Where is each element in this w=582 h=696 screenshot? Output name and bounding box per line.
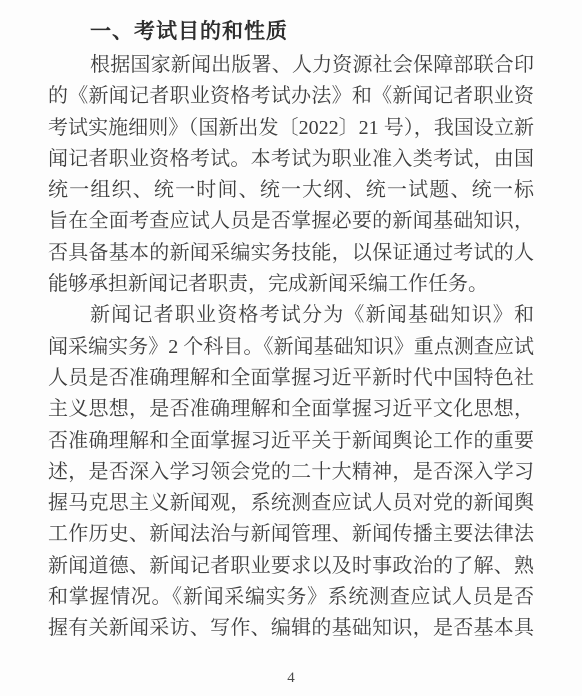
text-line: 旨在全面考查应试人员是否掌握必要的新闻基础知识，是 bbox=[48, 206, 534, 237]
text-line: 和掌握情况。《新闻采编实务》系统测查应试人员是否掌 bbox=[48, 582, 534, 613]
text-line: 闻采编实务》2 个科目。《新闻基础知识》重点测查应试 bbox=[48, 332, 534, 363]
text-line: 新闻道德、新闻记者职业要求以及时事政治的了解、熟悉 bbox=[48, 551, 534, 582]
text-line: 的《新闻记者职业资格考试办法》和《新闻记者职业资格 bbox=[48, 81, 534, 112]
text-line: 新闻记者职业资格考试分为《新闻基础知识》和《新 bbox=[48, 300, 534, 331]
text-line: 否具备基本的新闻采编实务技能，以保证通过考试的人员 bbox=[48, 238, 534, 269]
text-line: 闻记者职业资格考试。本考试为职业准入类考试，由国家 bbox=[48, 144, 534, 175]
text-line: 主义思想，是否准确理解和全面掌握习近平文化思想，是 bbox=[48, 394, 534, 425]
text-line: 握有关新闻采访、写作、编辑的基础知识，是否基本具备 bbox=[48, 613, 534, 644]
text-line: 根据国家新闻出版署、人力资源社会保障部联合印发 bbox=[48, 50, 534, 81]
text-line: 能够承担新闻记者职责，完成新闻采编工作任务。 bbox=[48, 269, 534, 300]
text-line: 述，是否深入学习领会党的二十大精神，是否深入学习掌 bbox=[48, 457, 534, 488]
text-line: 统一组织、统一时间、统一大纲、统一试题、统一标准， bbox=[48, 175, 534, 206]
text-line: 人员是否准确理解和全面掌握习近平新时代中国特色社会 bbox=[48, 363, 534, 394]
section-heading: 一、考试目的和性质 bbox=[48, 14, 534, 50]
text-line: 握马克思主义新闻观，系统测查应试人员对党的新闻舆论 bbox=[48, 488, 534, 519]
page-number: 4 bbox=[0, 670, 582, 687]
document-body: 一、考试目的和性质 根据国家新闻出版署、人力资源社会保障部联合印发 的《新闻记者… bbox=[48, 14, 534, 645]
text-line: 工作历史、新闻法治与新闻管理、新闻传播主要法律法规、 bbox=[48, 519, 534, 550]
text-line: 否准确理解和全面掌握习近平关于新闻舆论工作的重要论 bbox=[48, 426, 534, 457]
text-line: 考试实施细则》（国新出发〔2022〕21 号），我国设立新 bbox=[48, 113, 534, 144]
document-page: 一、考试目的和性质 根据国家新闻出版署、人力资源社会保障部联合印发 的《新闻记者… bbox=[0, 0, 582, 696]
